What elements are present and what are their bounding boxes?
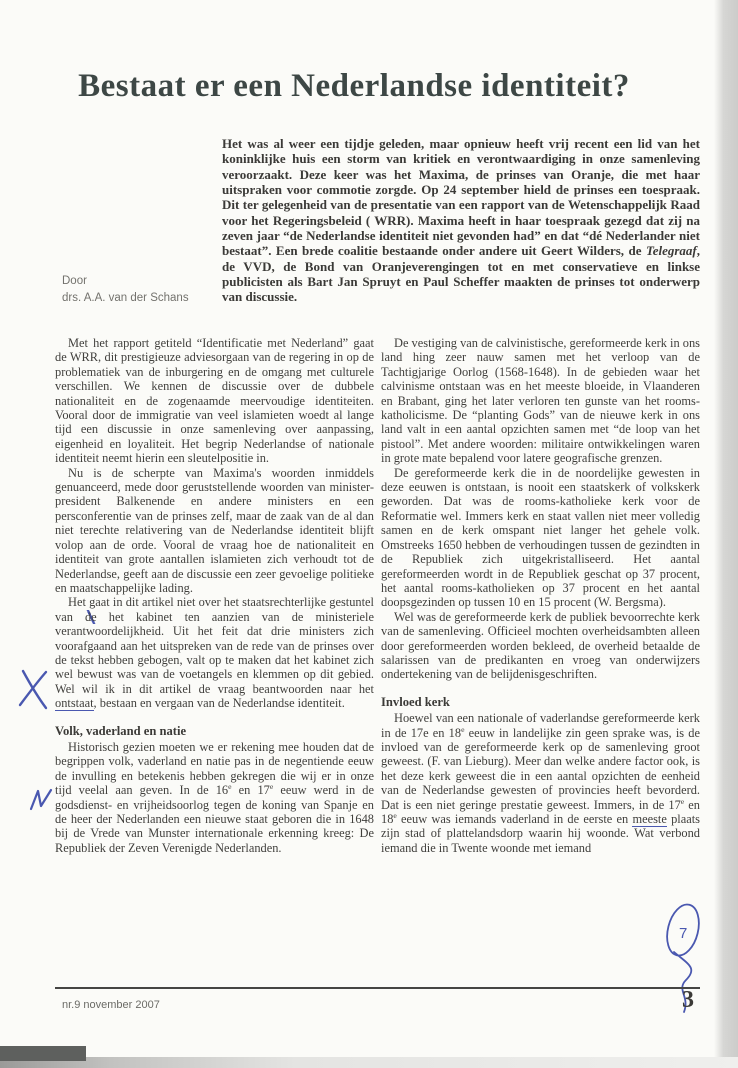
paragraph: Hoewel van een nationale of vaderlandse … bbox=[381, 711, 700, 855]
styled-text-run: meeste bbox=[632, 812, 666, 827]
paragraph: Met het rapport getiteld “Identificatie … bbox=[55, 336, 374, 466]
text-run: Invloed kerk bbox=[381, 695, 450, 709]
text-run: De gereformeerde kerk die in de noordeli… bbox=[381, 466, 700, 610]
styled-text-run: ontstaat bbox=[55, 696, 94, 711]
text-run: , bestaan en vergaan van de Nederlandse … bbox=[94, 696, 345, 710]
intro-paragraph: Het was al weer een tijdje geleden, maar… bbox=[222, 136, 700, 305]
footer-rule bbox=[55, 987, 700, 989]
author-name: drs. A.A. van der Schans bbox=[62, 290, 189, 307]
handwritten-x-mark bbox=[16, 666, 54, 714]
section-heading: Invloed kerk bbox=[381, 695, 700, 709]
paragraph: De vestiging van de calvinistische, gere… bbox=[381, 336, 700, 466]
paragraph: Het gaat in dit artikel niet over het st… bbox=[55, 595, 374, 710]
text-run: Nu is de scherpte van Maxima's woorden i… bbox=[55, 466, 374, 595]
scanned-article-page: { "title": "Bestaat er een Nederlandse i… bbox=[0, 0, 738, 1068]
text-run: De vestiging van de calvinistische, gere… bbox=[381, 336, 700, 465]
article-title: Bestaat er een Nederlandse identiteit? bbox=[0, 68, 708, 105]
text-run: eeuw was iemands vaderland in de eerste … bbox=[397, 812, 633, 826]
footer-issue: nr.9 november 2007 bbox=[62, 999, 160, 1011]
byline: Door drs. A.A. van der Schans bbox=[62, 273, 189, 307]
styled-text-run: Telegraaf bbox=[646, 243, 697, 258]
column-left: Met het rapport getiteld “Identificatie … bbox=[55, 336, 374, 855]
text-run: Volk, vaderland en natie bbox=[55, 724, 186, 738]
text-run: Met het rapport getiteld “Identificatie … bbox=[55, 336, 374, 465]
scan-corner-shadow bbox=[0, 1046, 86, 1061]
scan-edge-bottom bbox=[0, 1057, 738, 1068]
handwritten-n-mark bbox=[28, 786, 56, 814]
paragraph: Historisch gezien moeten we er rekening … bbox=[55, 740, 374, 855]
column-right: De vestiging van de calvinistische, gere… bbox=[381, 336, 700, 855]
section-heading: Volk, vaderland en natie bbox=[55, 724, 374, 738]
text-run: het kabinet ten aanzien van de ministeri… bbox=[55, 610, 374, 696]
page-number: 3 bbox=[682, 987, 694, 1014]
handwritten-note-text: 7 bbox=[679, 925, 687, 942]
styled-text-run: de bbox=[85, 610, 97, 624]
text-run: en 17 bbox=[232, 783, 270, 797]
paragraph: De gereformeerde kerk die in de noordeli… bbox=[381, 466, 700, 610]
text-run: Wel was de gereformeerde kerk de publiek… bbox=[381, 610, 700, 682]
scan-edge-right bbox=[714, 0, 738, 1068]
byline-label: Door bbox=[62, 273, 189, 290]
text-run: Het was al weer een tijdje geleden, maar… bbox=[222, 136, 700, 258]
paragraph: Het was al weer een tijdje geleden, maar… bbox=[222, 136, 700, 305]
paragraph: Wel was de gereformeerde kerk de publiek… bbox=[381, 610, 700, 682]
paragraph: Nu is de scherpte van Maxima's woorden i… bbox=[55, 466, 374, 596]
